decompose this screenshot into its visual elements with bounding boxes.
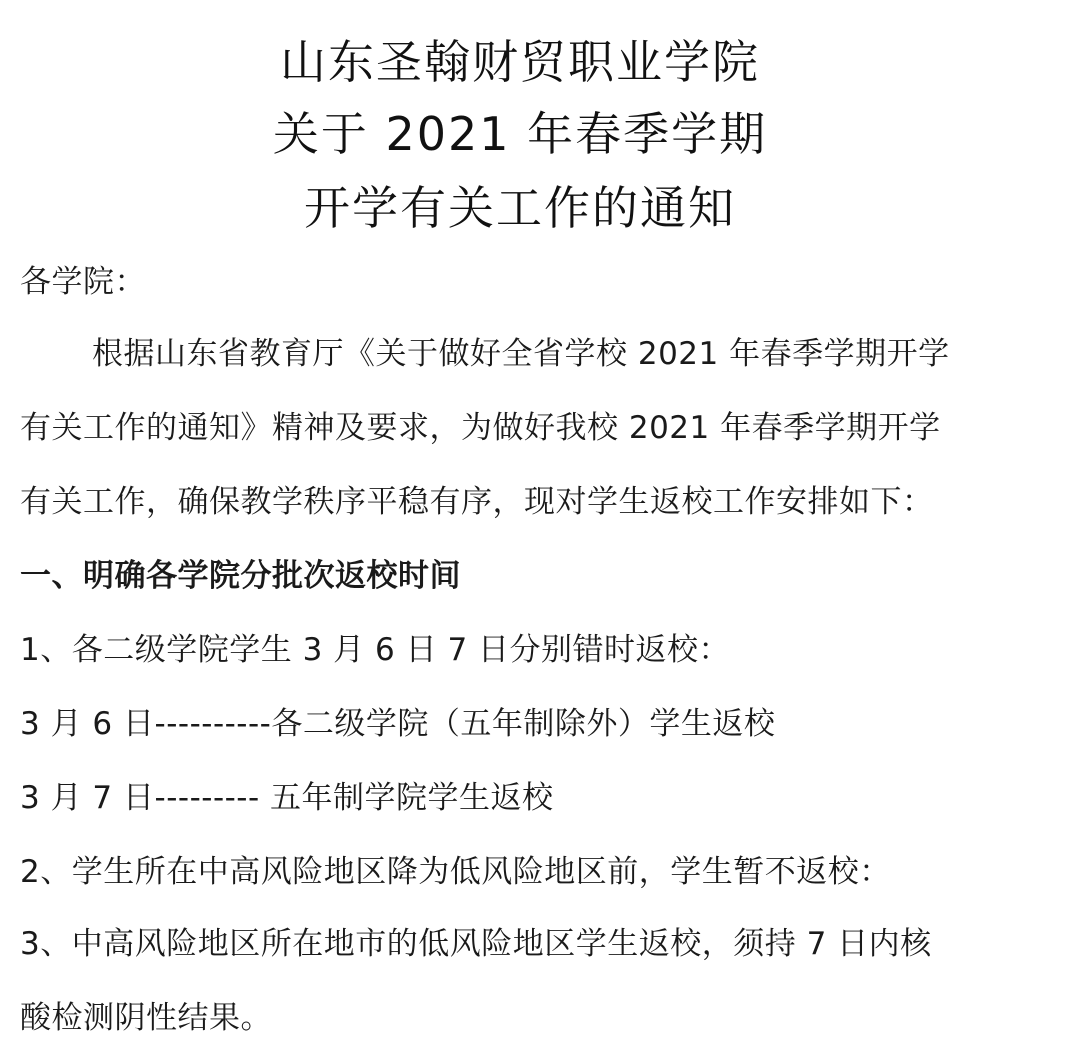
salutation: 各学院： — [20, 262, 146, 302]
notice-document: 山东圣翰财贸职业学院 关于 2021 年春季学期 开学有关工作的通知 各学院： … — [0, 0, 1080, 1049]
title-line-2: 关于 2021 年春季学期 — [0, 106, 1040, 162]
title-line-3: 开学有关工作的通知 — [0, 180, 1040, 236]
section-1-item-3: 3 月 7 日--------- 五年制学院学生返校 — [20, 778, 554, 818]
intro-line-2: 有关工作的通知》精神及要求，为做好我校 2021 年春季学期开学 — [20, 408, 941, 448]
section-1-item-5: 3、中高风险地区所在地市的低风险地区学生返校，须持 7 日内核 — [20, 924, 932, 964]
intro-line-1: 根据山东省教育厅《关于做好全省学校 2021 年春季学期开学 — [92, 334, 950, 374]
section-1-item-6: 酸检测阴性结果。 — [20, 998, 272, 1038]
section-1-item-1: 1、各二级学院学生 3 月 6 日 7 日分别错时返校： — [20, 630, 730, 670]
section-1-heading: 一、明确各学院分批次返校时间 — [20, 556, 461, 596]
section-1-item-2: 3 月 6 日----------各二级学院（五年制除外）学生返校 — [20, 704, 775, 744]
section-1-item-4: 2、学生所在中高风险地区降为低风险地区前，学生暂不返校： — [20, 852, 891, 892]
title-line-1: 山东圣翰财贸职业学院 — [0, 34, 1040, 90]
intro-line-3: 有关工作，确保教学秩序平稳有序，现对学生返校工作安排如下： — [20, 482, 934, 522]
